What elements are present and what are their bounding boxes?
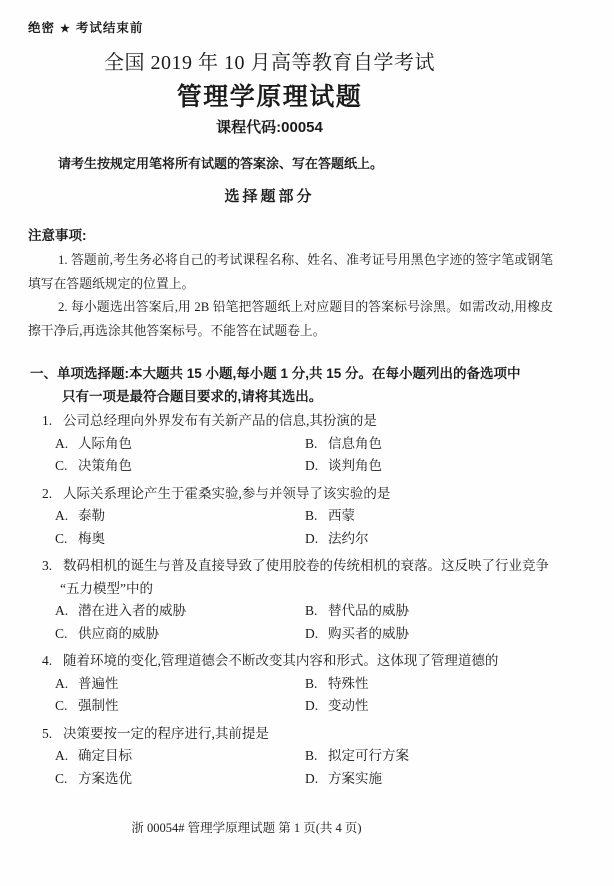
option-label: B. bbox=[305, 600, 328, 623]
option-label: B. bbox=[305, 745, 328, 768]
option-row: A.普遍性 B.特殊性 bbox=[55, 673, 553, 696]
paper-title: 管理学原理试题 bbox=[7, 81, 532, 113]
part-one-heading-line2: 只有一项是最符合题目要求的,请将其选出。 bbox=[62, 385, 553, 408]
option-a: A.泰勒 bbox=[55, 505, 305, 528]
option-text: 普遍性 bbox=[78, 676, 119, 691]
question-4: 4. 随着环境的变化,管理道德会不断改变其内容和形式。这体现了管理道德的 A.普… bbox=[28, 650, 553, 718]
option-d: D.变动性 bbox=[305, 695, 553, 718]
question-5: 5. 决策要按一定的程序进行,其前提是 A.确定目标 B.拟定可行方案 C.方案… bbox=[28, 723, 553, 791]
option-c: C.决策角色 bbox=[55, 455, 305, 478]
option-row: C.决策角色 D.谈判角色 bbox=[55, 455, 553, 478]
option-label: D. bbox=[305, 528, 328, 551]
notice-list: 1. 答题前,考生务必将自己的考试课程名称、姓名、准考证号用黑色字迹的签字笔或钢… bbox=[28, 249, 553, 343]
option-text: 法约尔 bbox=[328, 531, 369, 546]
option-text: 特殊性 bbox=[328, 676, 369, 691]
option-row: A.泰勒 B.西蒙 bbox=[55, 505, 553, 528]
option-text: 供应商的威胁 bbox=[78, 626, 159, 641]
option-text: 方案实施 bbox=[328, 771, 382, 786]
option-a: A.潜在进入者的威胁 bbox=[55, 600, 305, 623]
question-3: 3. 数码相机的诞生与普及直接导致了使用胶卷的传统相机的衰落。这反映了行业竞争 … bbox=[28, 555, 553, 645]
question-stem-text: 数码相机的诞生与普及直接导致了使用胶卷的传统相机的衰落。这反映了行业竞争 bbox=[63, 555, 549, 578]
option-label: D. bbox=[305, 455, 328, 478]
classification-prefix: 绝密 bbox=[28, 21, 55, 35]
option-label: A. bbox=[55, 433, 78, 456]
option-label: D. bbox=[305, 695, 328, 718]
option-d: D.法约尔 bbox=[305, 528, 553, 551]
notice-item-1: 1. 答题前,考生务必将自己的考试课程名称、姓名、准考证号用黑色字迹的签字笔或钢… bbox=[28, 249, 553, 296]
option-row: C.方案选优 D.方案实施 bbox=[55, 768, 553, 791]
option-d: D.方案实施 bbox=[305, 768, 553, 791]
option-label: C. bbox=[55, 528, 78, 551]
option-text: 泰勒 bbox=[78, 508, 105, 523]
option-label: C. bbox=[55, 695, 78, 718]
question-number: 3. bbox=[42, 555, 63, 578]
question-stem: 4. 随着环境的变化,管理道德会不断改变其内容和形式。这体现了管理道德的 bbox=[28, 650, 553, 673]
option-label: A. bbox=[55, 600, 78, 623]
option-d: D.谈判角色 bbox=[305, 455, 553, 478]
option-text: 谈判角色 bbox=[328, 458, 382, 473]
option-label: A. bbox=[55, 745, 78, 768]
question-list: 1. 公司总经理向外界发布有关新产品的信息,其扮演的是 A.人际角色 B.信息角… bbox=[28, 410, 553, 790]
option-text: 潜在进入者的威胁 bbox=[78, 603, 186, 618]
question-number: 1. bbox=[42, 410, 63, 433]
option-c: C.供应商的威胁 bbox=[55, 623, 305, 646]
option-row: C.强制性 D.变动性 bbox=[55, 695, 553, 718]
part-one-heading: 一、单项选择题:本大题共 15 小题,每小题 1 分,共 15 分。在每小题列出… bbox=[28, 362, 553, 408]
option-label: B. bbox=[305, 673, 328, 696]
exam-paper-page: 绝密★考试结束前 全国 2019 年 10 月高等教育自学考试 管理学原理试题 … bbox=[0, 0, 614, 886]
option-label: A. bbox=[55, 505, 78, 528]
page-footer: 浙 00054# 管理学原理试题 第 1 页(共 4 页) bbox=[0, 820, 509, 837]
question-stem-line2: “五力模型”中的 bbox=[60, 578, 553, 601]
option-text: 决策角色 bbox=[78, 458, 132, 473]
option-b: B.特殊性 bbox=[305, 673, 553, 696]
option-row: A.人际角色 B.信息角色 bbox=[55, 433, 553, 456]
option-text: 强制性 bbox=[78, 698, 119, 713]
option-label: D. bbox=[305, 768, 328, 791]
answer-sheet-instruction: 请考生按规定用笔将所有试题的答案涂、写在答题纸上。 bbox=[58, 155, 553, 173]
section-title: 选择题部分 bbox=[7, 187, 532, 207]
option-b: B.西蒙 bbox=[305, 505, 553, 528]
option-label: B. bbox=[305, 433, 328, 456]
question-stem: 1. 公司总经理向外界发布有关新产品的信息,其扮演的是 bbox=[28, 410, 553, 433]
question-number: 5. bbox=[42, 723, 63, 746]
option-text: 方案选优 bbox=[78, 771, 132, 786]
option-c: C.方案选优 bbox=[55, 768, 305, 791]
option-text: 变动性 bbox=[328, 698, 369, 713]
part-one-heading-line1: 一、单项选择题:本大题共 15 小题,每小题 1 分,共 15 分。在每小题列出… bbox=[30, 362, 553, 385]
question-1: 1. 公司总经理向外界发布有关新产品的信息,其扮演的是 A.人际角色 B.信息角… bbox=[28, 410, 553, 478]
question-stem: 2. 人际关系理论产生于霍桑实验,参与并领导了该实验的是 bbox=[28, 483, 553, 506]
question-number: 4. bbox=[42, 650, 63, 673]
option-b: B.信息角色 bbox=[305, 433, 553, 456]
option-row: A.确定目标 B.拟定可行方案 bbox=[55, 745, 553, 768]
option-row: A.潜在进入者的威胁 B.替代品的威胁 bbox=[55, 600, 553, 623]
option-b: B.替代品的威胁 bbox=[305, 600, 553, 623]
option-c: C.梅奥 bbox=[55, 528, 305, 551]
star-icon: ★ bbox=[60, 23, 71, 35]
option-text: 替代品的威胁 bbox=[328, 603, 409, 618]
option-a: A.普遍性 bbox=[55, 673, 305, 696]
option-b: B.拟定可行方案 bbox=[305, 745, 553, 768]
option-text: 确定目标 bbox=[78, 748, 132, 763]
option-a: A.人际角色 bbox=[55, 433, 305, 456]
question-stem-text: 人际关系理论产生于霍桑实验,参与并领导了该实验的是 bbox=[63, 483, 390, 506]
option-label: B. bbox=[305, 505, 328, 528]
option-label: A. bbox=[55, 673, 78, 696]
option-c: C.强制性 bbox=[55, 695, 305, 718]
option-a: A.确定目标 bbox=[55, 745, 305, 768]
option-text: 西蒙 bbox=[328, 508, 355, 523]
course-code: 课程代码:00054 bbox=[7, 118, 532, 138]
option-text: 人际角色 bbox=[78, 436, 132, 451]
classification-suffix: 考试结束前 bbox=[76, 21, 144, 35]
question-stem-text: 公司总经理向外界发布有关新产品的信息,其扮演的是 bbox=[63, 410, 377, 433]
question-stem-text: 决策要按一定的程序进行,其前提是 bbox=[63, 723, 269, 746]
option-label: C. bbox=[55, 623, 78, 646]
question-2: 2. 人际关系理论产生于霍桑实验,参与并领导了该实验的是 A.泰勒 B.西蒙 C… bbox=[28, 483, 553, 551]
option-row: C.供应商的威胁 D.购买者的威胁 bbox=[55, 623, 553, 646]
classification-label: 绝密★考试结束前 bbox=[28, 21, 553, 37]
question-number: 2. bbox=[42, 483, 63, 506]
exam-title: 全国 2019 年 10 月高等教育自学考试 bbox=[7, 50, 532, 76]
option-label: C. bbox=[55, 768, 78, 791]
option-text: 拟定可行方案 bbox=[328, 748, 409, 763]
question-stem: 3. 数码相机的诞生与普及直接导致了使用胶卷的传统相机的衰落。这反映了行业竞争 bbox=[28, 555, 553, 578]
option-text: 购买者的威胁 bbox=[328, 626, 409, 641]
option-text: 梅奥 bbox=[78, 531, 105, 546]
option-label: C. bbox=[55, 455, 78, 478]
option-label: D. bbox=[305, 623, 328, 646]
question-stem-text: 随着环境的变化,管理道德会不断改变其内容和形式。这体现了管理道德的 bbox=[63, 650, 498, 673]
option-text: 信息角色 bbox=[328, 436, 382, 451]
question-stem: 5. 决策要按一定的程序进行,其前提是 bbox=[28, 723, 553, 746]
notice-item-2: 2. 每小题选出答案后,用 2B 铅笔把答题纸上对应题目的答案标号涂黑。如需改动… bbox=[28, 296, 553, 343]
option-row: C.梅奥 D.法约尔 bbox=[55, 528, 553, 551]
notice-title: 注意事项: bbox=[28, 227, 553, 245]
option-d: D.购买者的威胁 bbox=[305, 623, 553, 646]
page-content: 绝密★考试结束前 全国 2019 年 10 月高等教育自学考试 管理学原理试题 … bbox=[28, 0, 553, 795]
